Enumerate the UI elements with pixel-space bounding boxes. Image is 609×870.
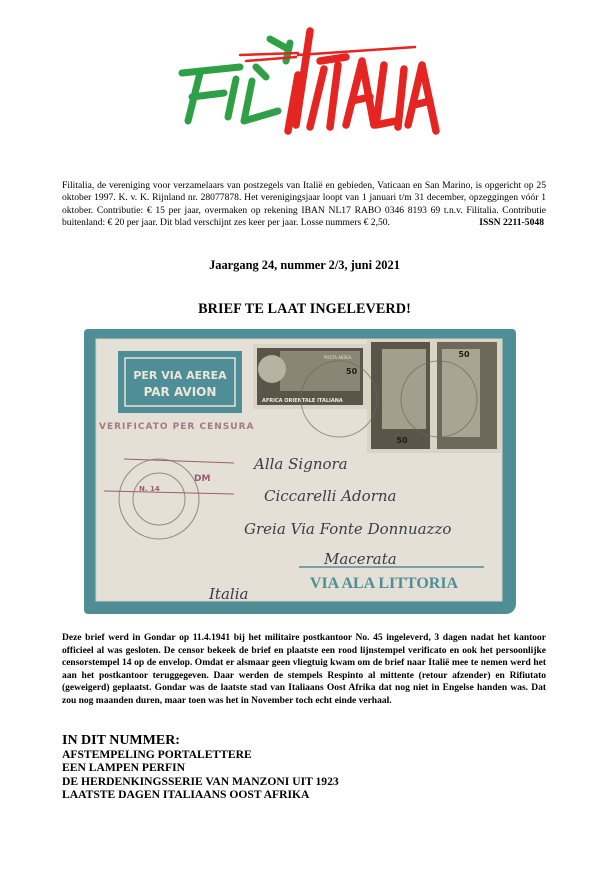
svg-text:VIA ALA LITTORIA: VIA ALA LITTORIA: [310, 575, 459, 592]
logo-graphic: [170, 25, 440, 145]
toc-item[interactable]: EEN LAMPEN PERFIN: [62, 761, 542, 774]
airmail-label: PER VIA AEREA PAR AVION: [118, 351, 242, 413]
filitalia-logo: [170, 25, 440, 145]
svg-text:PER VIA AEREA: PER VIA AEREA: [133, 369, 227, 382]
table-of-contents: IN DIT NUMMER: AFSTEMPELING PORTALETTERE…: [62, 733, 542, 802]
svg-text:DM: DM: [194, 474, 210, 484]
svg-text:N. 14: N. 14: [139, 485, 160, 493]
toc-item[interactable]: AFSTEMPELING PORTALETTERE: [62, 748, 542, 761]
association-info-text: Filitalia, de vereniging voor verzamelaa…: [62, 180, 546, 228]
svg-text:AFRICA ORIENTALE ITALIANA: AFRICA ORIENTALE ITALIANA: [262, 398, 343, 404]
issue-line: Jaargang 24, nummer 2/3, juni 2021: [0, 258, 609, 273]
svg-text:Alla Signora: Alla Signora: [252, 455, 348, 473]
svg-text:VERIFICATO PER CENSURA: VERIFICATO PER CENSURA: [99, 422, 254, 432]
toc-item[interactable]: LAATSTE DAGEN ITALIAANS OOST AFRIKA: [62, 788, 542, 801]
stamp-1: POSTA AEREA 50 AFRICA ORIENTALE ITALIANA: [253, 344, 367, 409]
svg-text:Ciccarelli Adorna: Ciccarelli Adorna: [264, 487, 396, 505]
toc-title: IN DIT NUMMER:: [62, 733, 542, 748]
stamp-3: 50: [433, 339, 501, 453]
toc-item[interactable]: DE HERDENKINGSSERIE VAN MANZONI UIT 1923: [62, 775, 542, 788]
svg-text:POSTA AEREA: POSTA AEREA: [324, 355, 352, 360]
svg-text:50: 50: [458, 350, 470, 359]
issn-number: ISSN 2211-5048: [479, 217, 544, 229]
envelope-photo: PER VIA AEREA PAR AVION POSTA AEREA 50 A…: [84, 329, 516, 614]
svg-text:PAR AVION: PAR AVION: [144, 385, 217, 399]
svg-text:Greia Via Fonte Donnuazzo: Greia Via Fonte Donnuazzo: [244, 520, 451, 538]
svg-text:Macerata: Macerata: [323, 550, 397, 568]
svg-text:50: 50: [396, 436, 408, 445]
envelope-graphic: PER VIA AEREA PAR AVION POSTA AEREA 50 A…: [84, 329, 516, 614]
svg-text:50: 50: [346, 367, 358, 376]
article-headline: BRIEF TE LAAT INGELEVERD!: [0, 301, 609, 318]
article-caption: Deze brief werd in Gondar op 11.4.1941 b…: [62, 632, 546, 707]
svg-text:Italia: Italia: [208, 585, 248, 603]
association-info: Filitalia, de vereniging voor verzamelaa…: [62, 180, 546, 230]
